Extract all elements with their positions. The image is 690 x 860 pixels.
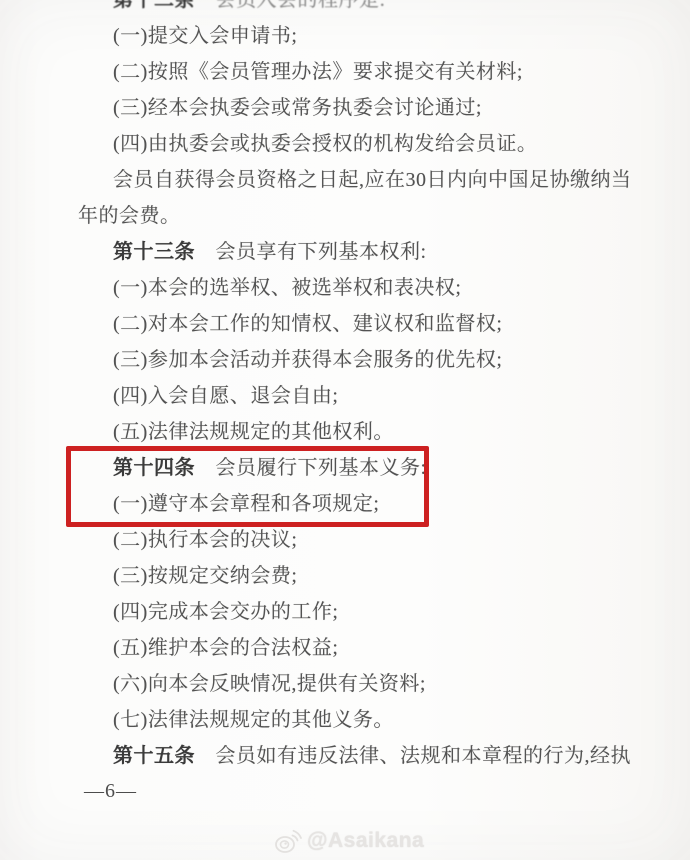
doc-line-section-15: 第十五条 会员如有违反法律、法规和本章程的行为,经执 <box>78 738 670 774</box>
watermark-handle: @Asaikana <box>307 829 424 853</box>
doc-line: (五)维护本会的合法权益; <box>78 630 670 666</box>
doc-line: (三)参加本会活动并获得本会服务的优先权; <box>78 342 670 378</box>
doc-line: (一)本会的选举权、被选举权和表决权; <box>78 270 670 306</box>
doc-line: (六)向本会反映情况,提供有关资料; <box>78 666 670 702</box>
document-body: 第十二条 会员入会的程序是: (一)提交入会申请书; (二)按照《会员管理办法》… <box>0 0 690 774</box>
doc-line: (四)完成本会交办的工作; <box>78 594 670 630</box>
doc-line: (五)法律法规规定的其他权利。 <box>78 414 670 450</box>
doc-line-section-13: 第十三条 会员享有下列基本权利: <box>78 234 670 270</box>
doc-line: 会员自获得会员资格之日起,应在30日内向中国足协缴纳当 <box>78 162 670 198</box>
doc-line: (三)按规定交纳会费; <box>78 558 670 594</box>
weibo-icon <box>274 828 302 854</box>
doc-line: (三)经本会执委会或常务执委会讨论通过; <box>78 90 670 126</box>
doc-line: (四)入会自愿、退会自由; <box>78 378 670 414</box>
scanned-document-page: 第十二条 会员入会的程序是: (一)提交入会申请书; (二)按照《会员管理办法》… <box>0 0 690 860</box>
doc-line: (二)执行本会的决议; <box>78 522 670 558</box>
doc-line: 年的会费。 <box>78 198 670 234</box>
doc-line-section-14: 第十四条 会员履行下列基本义务: <box>78 450 670 486</box>
doc-line: (四)由执委会或执委会授权的机构发给会员证。 <box>78 126 670 162</box>
doc-line: (一)提交入会申请书; <box>78 18 670 54</box>
doc-line: (七)法律法规规定的其他义务。 <box>78 702 670 738</box>
page-number: —6— <box>84 780 137 803</box>
doc-line: (一)遵守本会章程和各项规定; <box>78 486 670 522</box>
doc-line-cutoff: 第十二条 会员入会的程序是: <box>78 0 670 18</box>
doc-line: (二)对本会工作的知情权、建议权和监督权; <box>78 306 670 342</box>
doc-line: (二)按照《会员管理办法》要求提交有关材料; <box>78 54 670 90</box>
watermark: @Asaikana <box>274 828 424 854</box>
